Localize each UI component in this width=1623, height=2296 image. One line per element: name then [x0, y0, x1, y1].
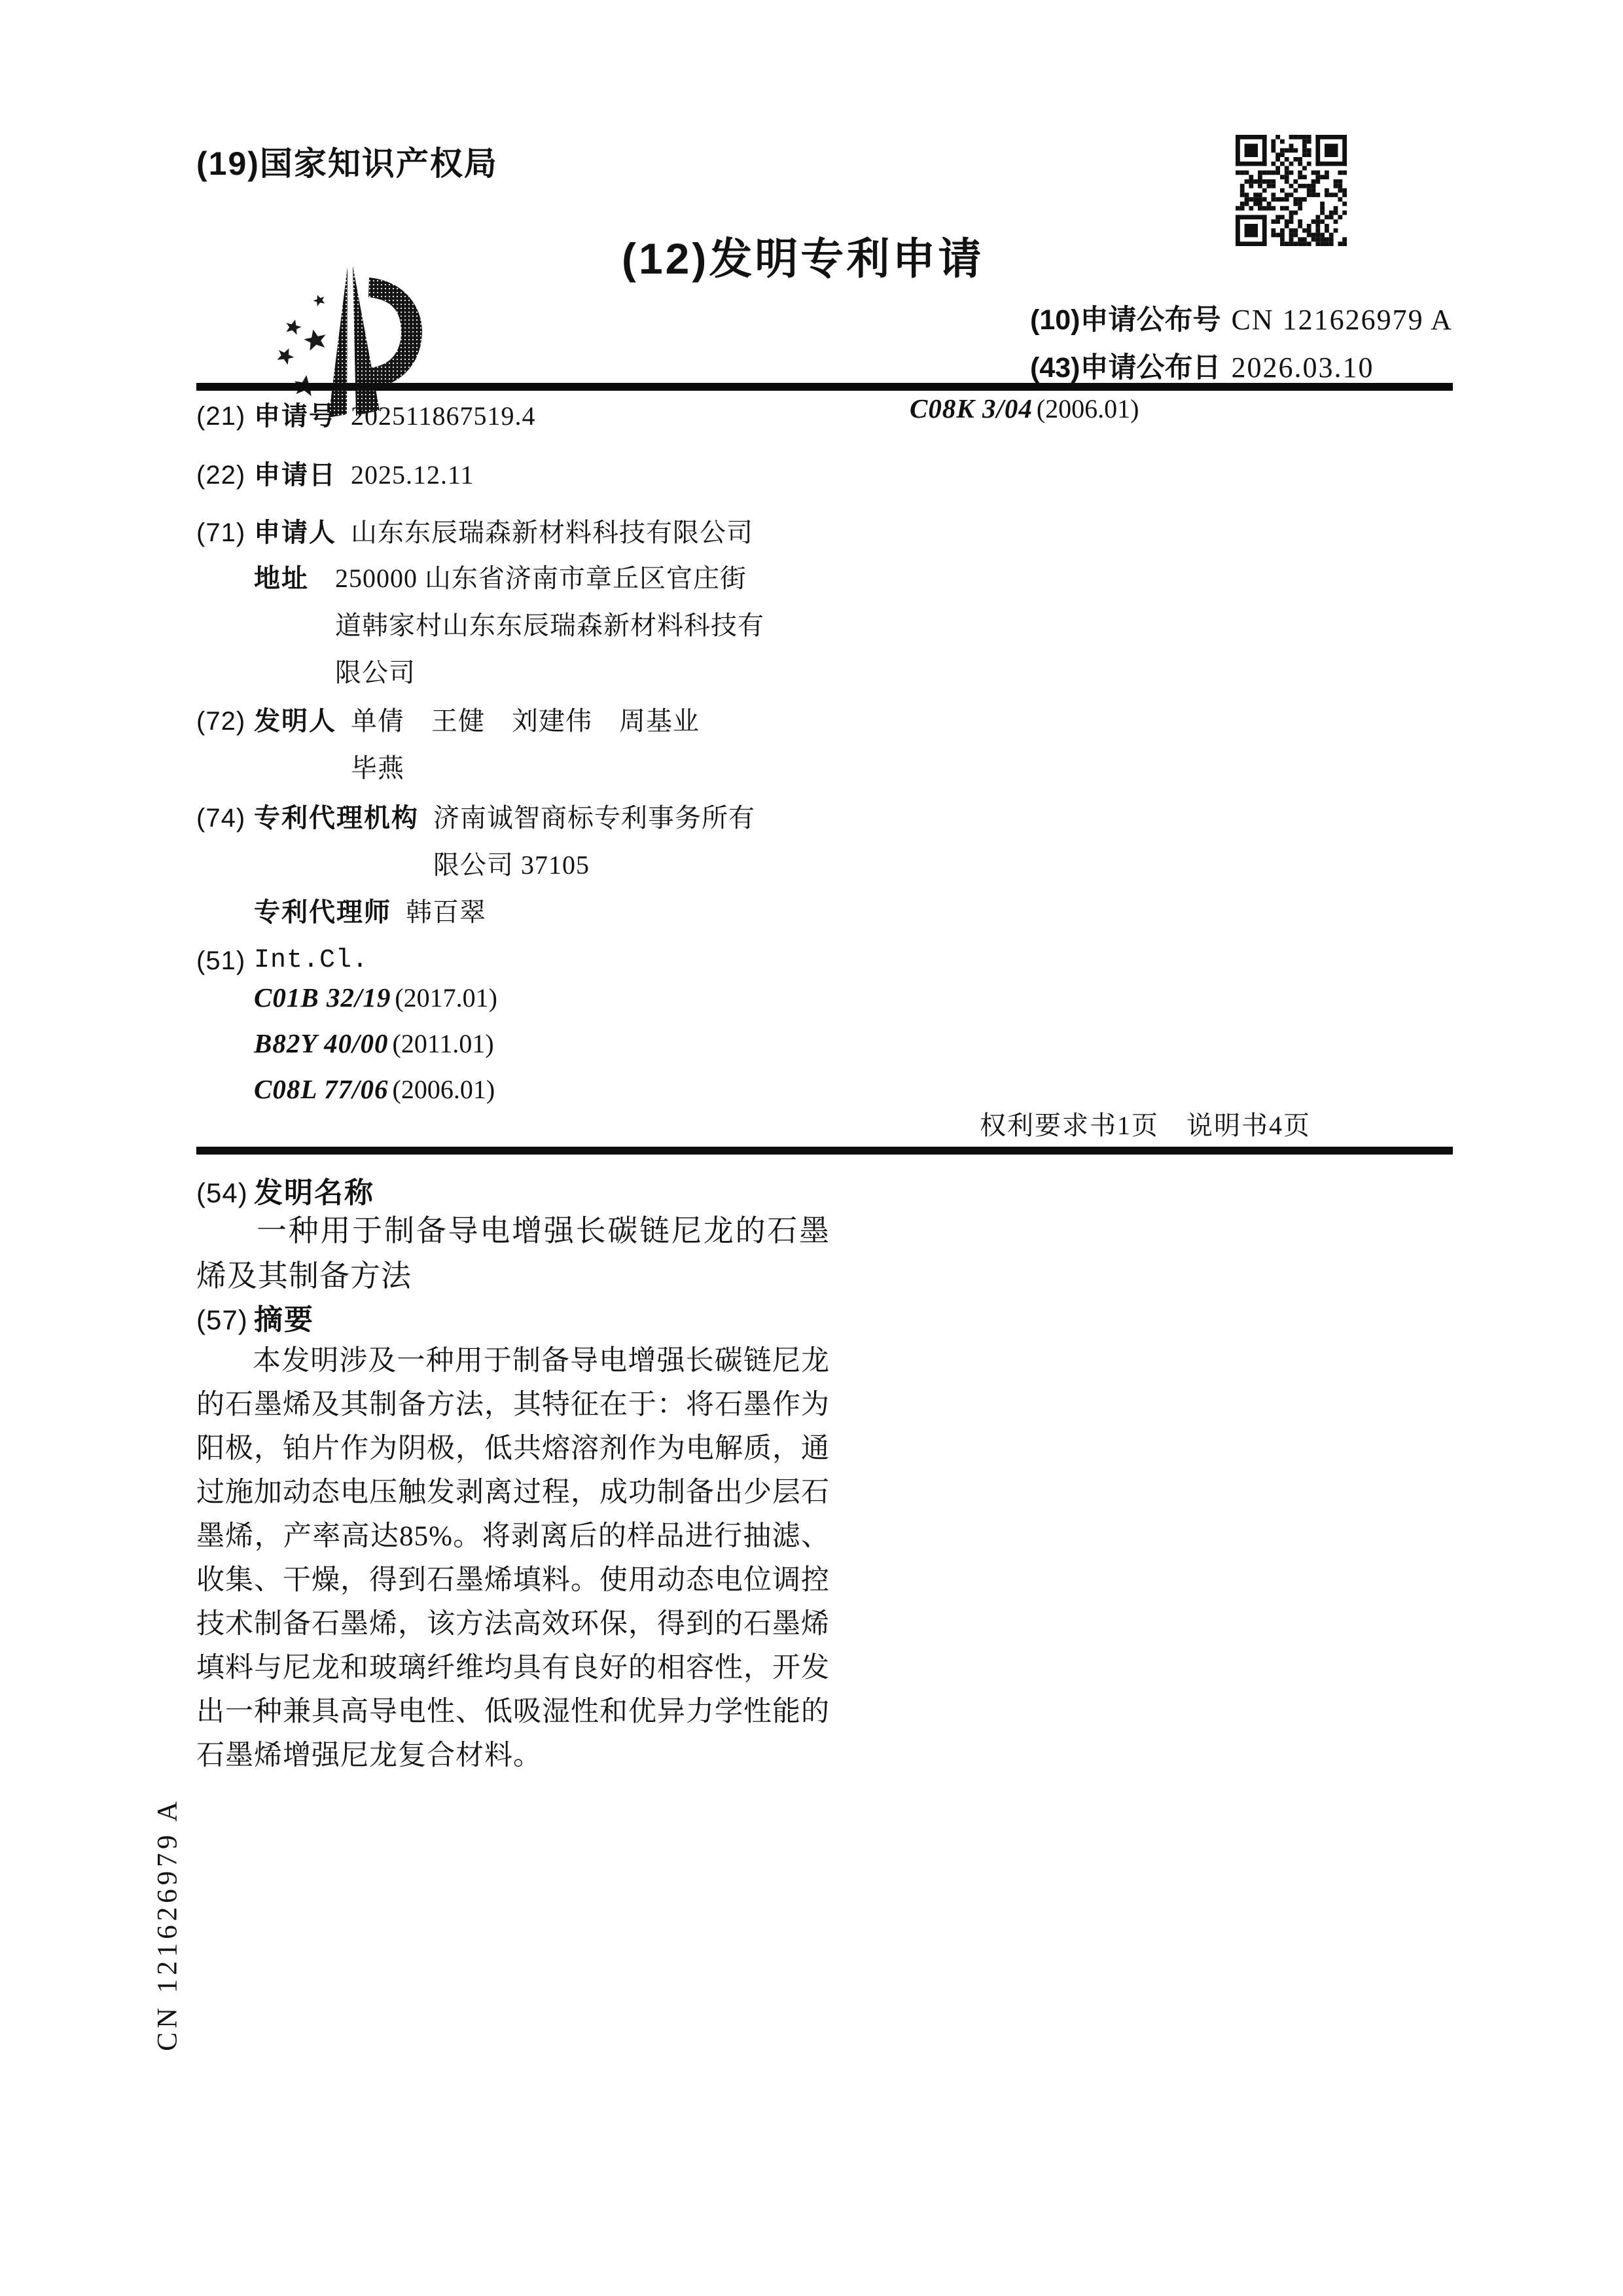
logo-stars: [275, 293, 329, 397]
pub-number-label: (10)申请公布号: [1030, 298, 1221, 338]
field-value: 韩百翠: [406, 889, 486, 936]
agency-row: (74) 专利代理机构 济南诚智商标专利事务所有 限公司 37105: [196, 795, 755, 889]
ipc-version: (2006.01): [1037, 394, 1139, 423]
field-num: (71): [196, 509, 254, 556]
classification-row: C08K 3/04(2006.01): [910, 393, 1139, 424]
field-label: 地址: [254, 555, 309, 602]
field-num: (21): [196, 393, 254, 440]
section-num: (54): [196, 1177, 254, 1209]
invention-title-heading: (54) 发明名称: [196, 1169, 389, 1211]
field-label: 申请日: [254, 452, 336, 499]
section-label: 发明名称: [254, 1169, 374, 1211]
inventors-row: (72) 发明人 单倩 王健 刘建伟 周基业 毕燕: [196, 698, 700, 792]
app-date-row: (22) 申请日 2025.12.11: [196, 452, 474, 499]
side-publication-code: CN 121626979 A: [152, 1797, 184, 2051]
ipc-code: C08K 3/04: [910, 393, 1033, 423]
ipc-code: C01B 32/19: [254, 982, 391, 1013]
int-cl-label: Int.Cl.: [254, 937, 368, 984]
field-label: 专利代理机构: [254, 795, 419, 842]
field-value: 济南诚智商标专利事务所有 限公司 37105: [433, 795, 755, 889]
patent-front-page: (19)国家知识产权局 (12)发明专利申请: [0, 0, 1623, 2296]
field-label: 申请人: [254, 509, 336, 556]
field-num: (72): [196, 698, 254, 745]
ipc-version: (2006.01): [393, 1075, 495, 1104]
ipc-version: (2017.01): [395, 983, 497, 1013]
field-value: 250000 山东省济南市章丘区官庄街 道韩家村山东东辰瑞森新材料科技有 限公司: [335, 555, 764, 696]
ipc-code: C08L 77/06: [254, 1074, 389, 1104]
field-num: (51): [196, 937, 254, 984]
pub-date-value: 2026.03.10: [1231, 351, 1374, 384]
app-number-row: (21) 申请号 202511867519.4: [196, 393, 536, 440]
ipc-entry: C08L 77/06(2006.01): [254, 1073, 495, 1105]
pages-info: 权利要求书1页 说明书4页: [980, 1105, 1311, 1142]
ipc-code: B82Y 40/00: [254, 1028, 389, 1058]
qr-code: [1236, 135, 1347, 246]
field-num: (74): [196, 795, 254, 842]
abstract-heading: (57) 摘要: [196, 1296, 329, 1338]
agent-row: 专利代理师 韩百翠: [254, 889, 486, 936]
doc-type-title: (12)发明专利申请: [622, 224, 984, 286]
ipc-entry: B82Y 40/00(2011.01): [254, 1028, 494, 1059]
divider-top: [196, 383, 1453, 391]
applicant-row: (71) 申请人 山东东辰瑞森新材料科技有限公司: [196, 509, 753, 556]
pub-number-row: (10)申请公布号 CN 121626979 A: [1030, 298, 1453, 338]
field-label: 专利代理师: [254, 889, 391, 936]
field-value: 202511867519.4: [351, 393, 536, 440]
pub-date-label: (43)申请公布日: [1030, 346, 1221, 386]
field-value: 山东东辰瑞森新材料科技有限公司: [351, 509, 753, 556]
field-value: 2025.12.11: [351, 452, 474, 499]
int-cl-row: (51) Int.Cl.: [196, 937, 368, 984]
field-label: 发明人: [254, 698, 336, 745]
section-label: 摘要: [254, 1296, 314, 1338]
authority-heading: (19)国家知识产权局: [196, 137, 498, 185]
logo-bowl: [368, 278, 422, 389]
pub-number-value: CN 121626979 A: [1231, 303, 1452, 336]
abstract-text: 本发明涉及一种用于制备导电增强长碳链尼龙的石墨烯及其制备方法，其特征在于：将石墨…: [196, 1339, 830, 1778]
pub-date-row: (43)申请公布日 2026.03.10: [1030, 346, 1374, 386]
ipc-version: (2011.01): [393, 1029, 494, 1058]
applicant-address-row: 地址 250000 山东省济南市章丘区官庄街 道韩家村山东东辰瑞森新材料科技有 …: [254, 555, 764, 696]
section-num: (57): [196, 1304, 254, 1336]
field-num: (22): [196, 452, 254, 499]
invention-title-text: 一种用于制备导电增强长碳链尼龙的石墨烯及其制备方法: [196, 1208, 830, 1299]
field-value: 单倩 王健 刘建伟 周基业 毕燕: [351, 698, 700, 792]
divider-middle: [196, 1147, 1453, 1155]
field-label: 申请号: [254, 393, 336, 440]
ipc-entry: C01B 32/19(2017.01): [254, 982, 497, 1013]
